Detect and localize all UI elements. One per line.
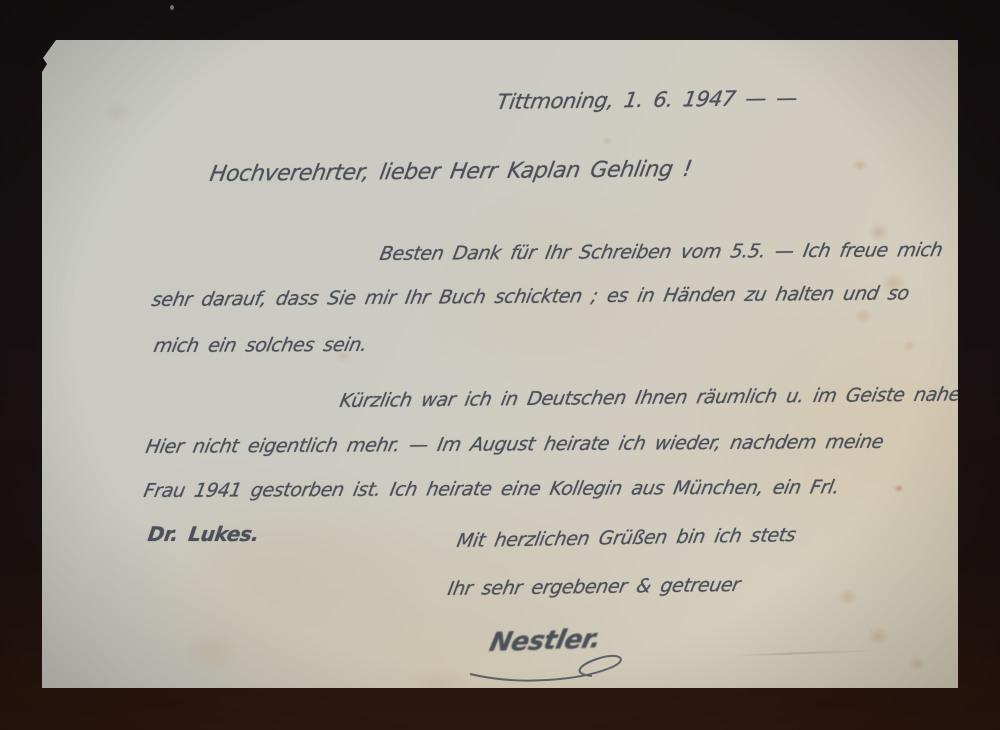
foxing-spot [908, 656, 926, 671]
letter-body-line: Besten Dank für Ihr Schreiben vom 5.5. —… [378, 239, 944, 265]
paper-crease [732, 649, 882, 656]
letter-closing-line: Mit herzlichen Grüßen bin ich stets [455, 524, 797, 552]
foxing-spot [852, 158, 868, 172]
letter-body-line: mich ein solches sein. [152, 334, 369, 357]
letter-body-line: Frau 1941 gestorben ist. Ich heirate ein… [142, 476, 841, 502]
foxing-spot [102, 100, 132, 124]
letter-salutation: Hochverehrter, lieber Herr Kaplan Gehlin… [208, 157, 694, 187]
letter-signature: Nestler. [487, 624, 604, 658]
letter-body-line: Kürzlich war ich in Deutschen Ihnen räum… [338, 383, 996, 412]
letter-closing-line: Ihr sehr ergebener & getreuer [446, 574, 742, 600]
photo-background: Tittmoning, 1. 6. 1947 — — Hochverehrter… [0, 0, 1000, 730]
foxing-spot [902, 340, 916, 352]
letter-date-line: Tittmoning, 1. 6. 1947 — — [495, 86, 799, 114]
foxing-spot [602, 136, 612, 145]
foxing-spot [182, 630, 242, 674]
foxing-spot [866, 626, 890, 646]
foxing-spot [894, 484, 904, 493]
letter-body-line: Hier nicht eigentlich mehr. — Im August … [144, 431, 885, 458]
background-fleck [170, 5, 174, 10]
foxing-spot [838, 588, 858, 606]
letter-body-line: Dr. Lukes. [146, 522, 260, 546]
foxing-spot [402, 666, 472, 696]
letter-body-line: sehr darauf, dass Sie mir Ihr Buch schic… [150, 282, 911, 311]
letter-paper: Tittmoning, 1. 6. 1947 — — Hochverehrter… [42, 40, 958, 688]
foxing-spot [854, 308, 872, 324]
